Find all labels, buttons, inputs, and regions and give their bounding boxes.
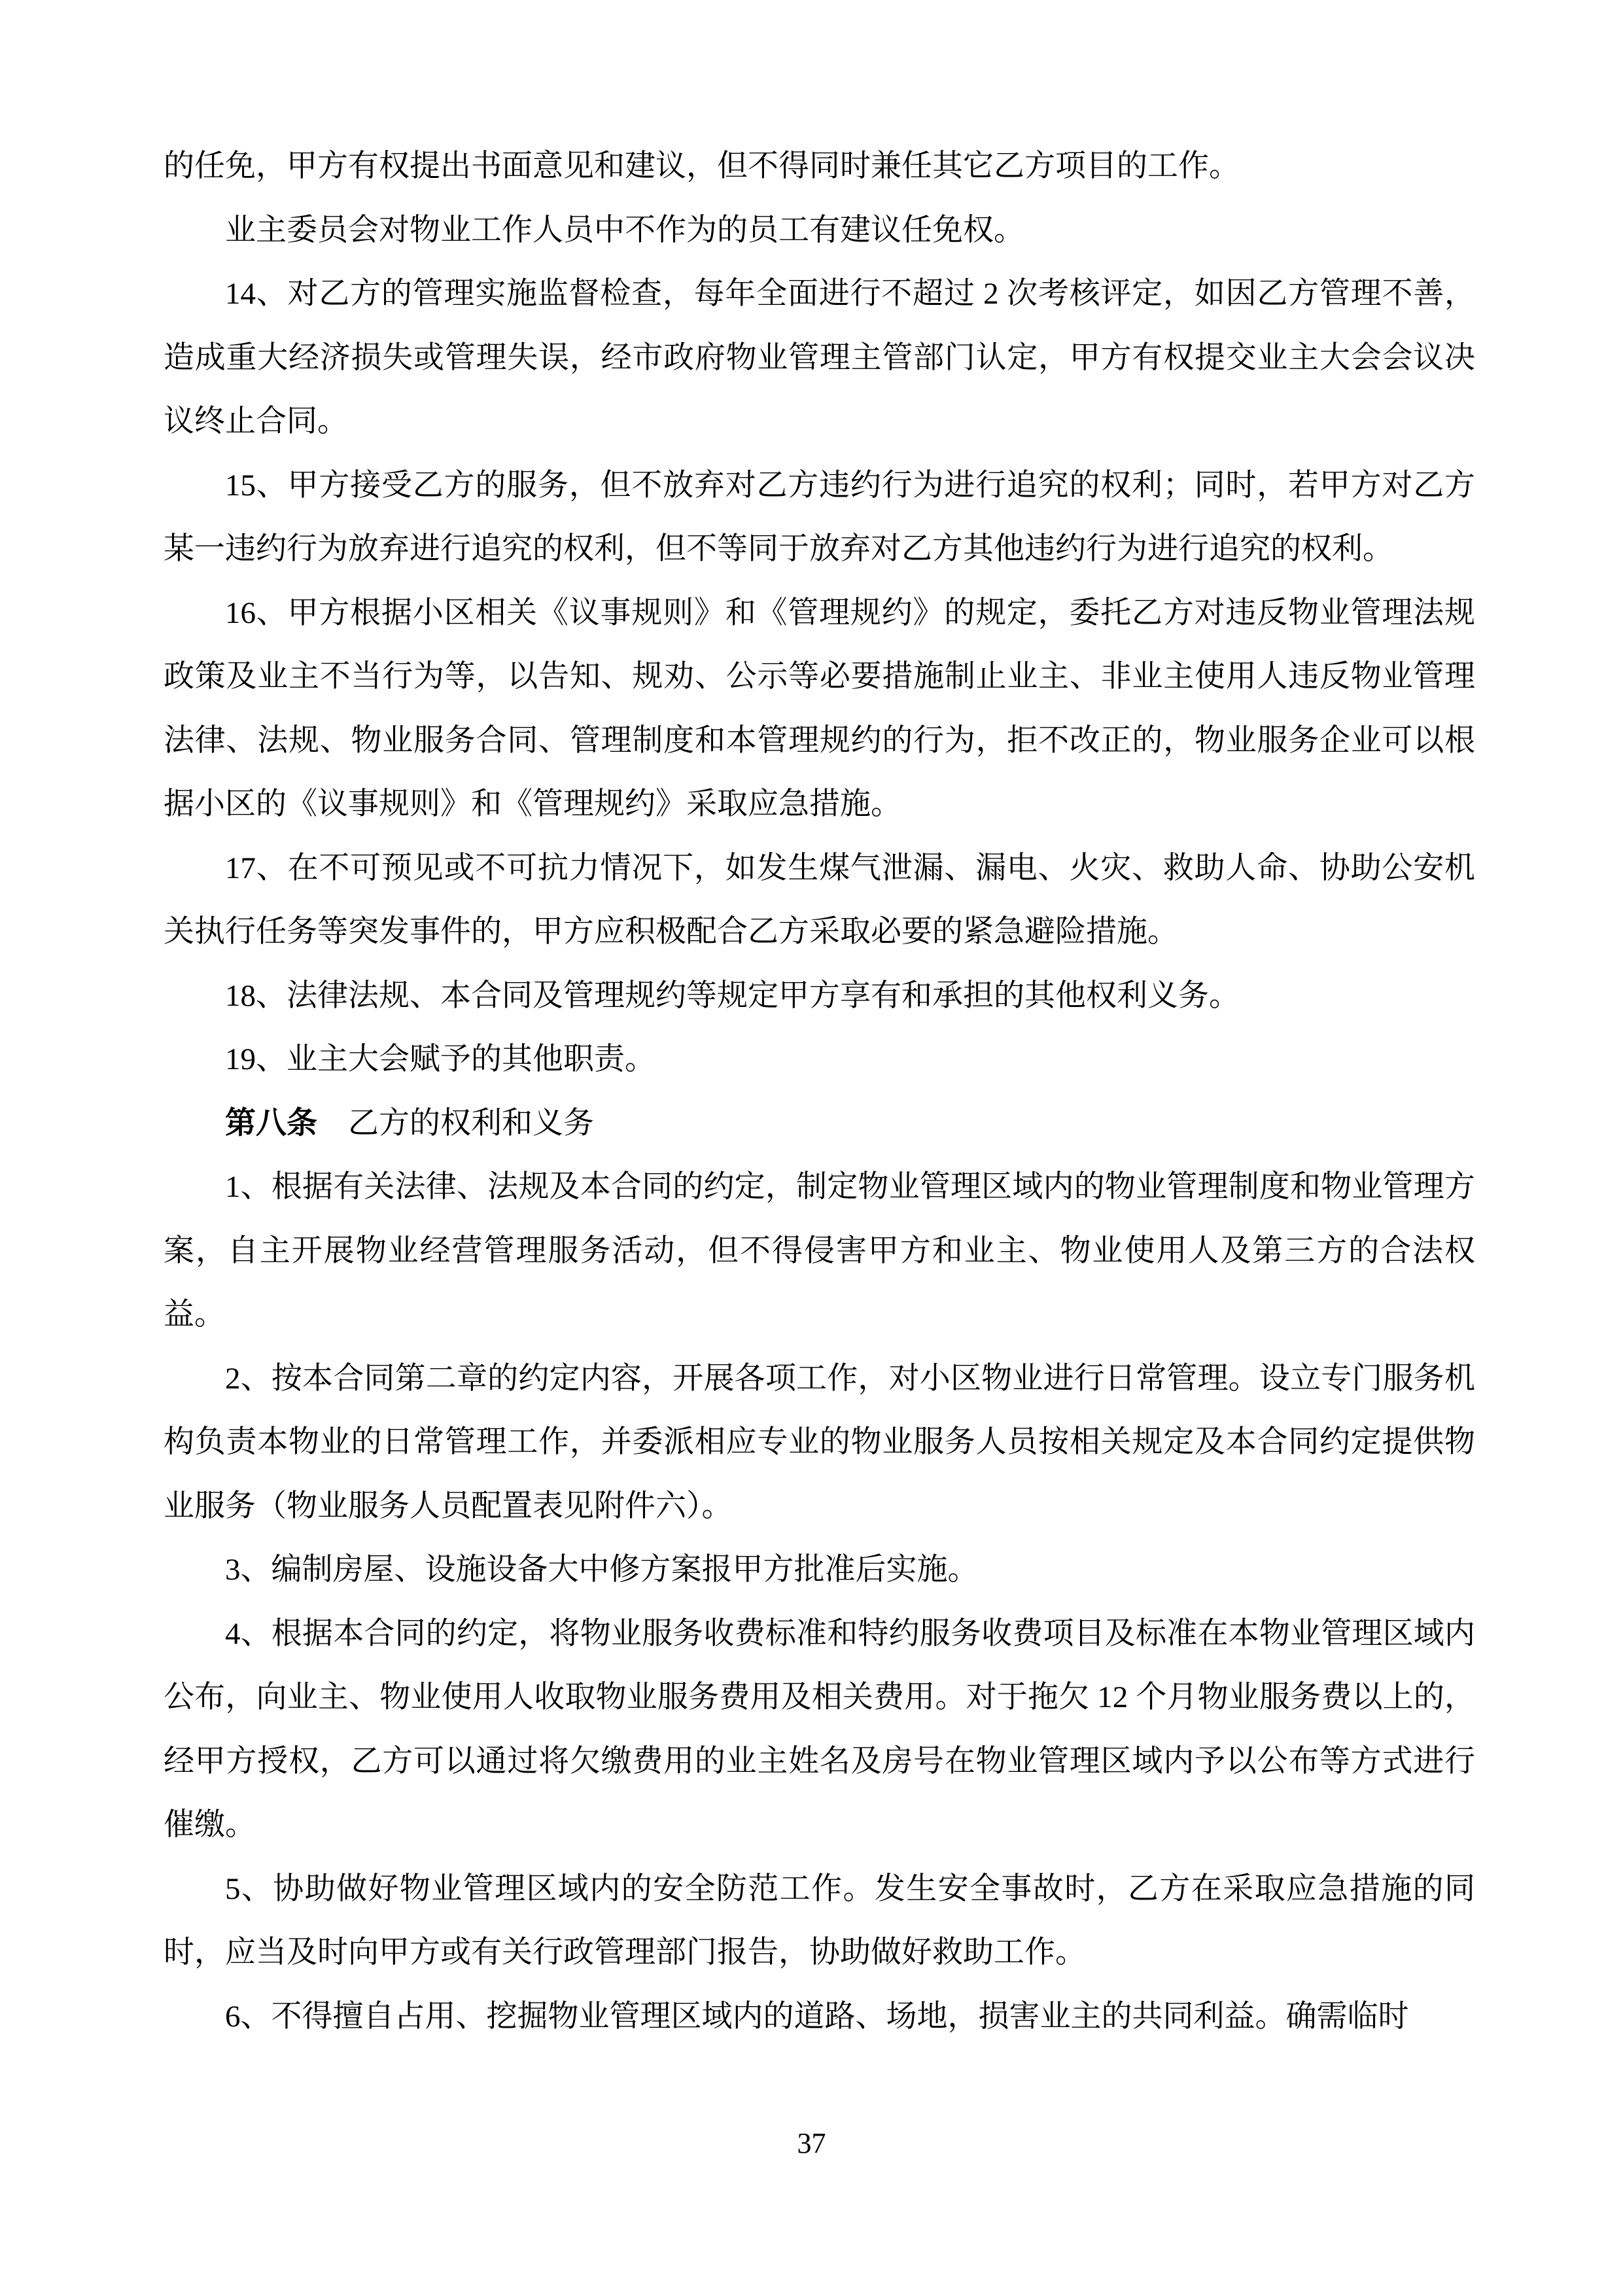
paragraph: 4、根据本合同的约定，将物业服务收费标准和特约服务收费项目及标准在本物业管理区域… <box>164 1602 1475 1858</box>
paragraph: 18、法律法规、本合同及管理规约等规定甲方享有和承担的其他权利义务。 <box>164 964 1475 1029</box>
page-number: 37 <box>0 2124 1623 2163</box>
paragraph: 6、不得擅自占用、挖掘物业管理区域内的道路、场地，损害业主的共同利益。确需临时 <box>164 1985 1475 2049</box>
paragraph: 17、在不可预见或不可抗力情况下，如发生煤气泄漏、漏电、火灾、救助人命、协助公安… <box>164 837 1475 964</box>
paragraph: 2、按本合同第二章的约定内容，开展各项工作，对小区物业进行日常管理。设立专门服务… <box>164 1347 1475 1539</box>
section-heading: 第八条 乙方的权利和义务 <box>164 1092 1475 1156</box>
paragraph: 的任免，甲方有权提出书面意见和建议，但不得同时兼任其它乙方项目的工作。 <box>164 135 1475 199</box>
paragraph: 16、甲方根据小区相关《议事规则》和《管理规约》的规定，委托乙方对违反物业管理法… <box>164 582 1475 837</box>
section-heading-label: 第八条 <box>225 1106 317 1140</box>
paragraph: 5、协助做好物业管理区域内的安全防范工作。发生安全事故时，乙方在采取应急措施的同… <box>164 1858 1475 1985</box>
paragraph: 15、甲方接受乙方的服务，但不放弃对乙方违约行为进行追究的权利；同时，若甲方对乙… <box>164 454 1475 582</box>
paragraph: 14、对乙方的管理实施监督检查，每年全面进行不超过 2 次考核评定，如因乙方管理… <box>164 262 1475 454</box>
paragraph: 1、根据有关法律、法规及本合同的约定，制定物业管理区域内的物业管理制度和物业管理… <box>164 1156 1475 1347</box>
paragraph: 业主委员会对物业工作人员中不作为的员工有建议任免权。 <box>164 199 1475 263</box>
paragraph: 19、业主大会赋予的其他职责。 <box>164 1028 1475 1092</box>
paragraph: 3、编制房屋、设施设备大中修方案报甲方批准后实施。 <box>164 1538 1475 1602</box>
document-page: 的任免，甲方有权提出书面意见和建议，但不得同时兼任其它乙方项目的工作。业主委员会… <box>0 0 1623 2296</box>
document-body: 的任免，甲方有权提出书面意见和建议，但不得同时兼任其它乙方项目的工作。业主委员会… <box>164 135 1475 2049</box>
